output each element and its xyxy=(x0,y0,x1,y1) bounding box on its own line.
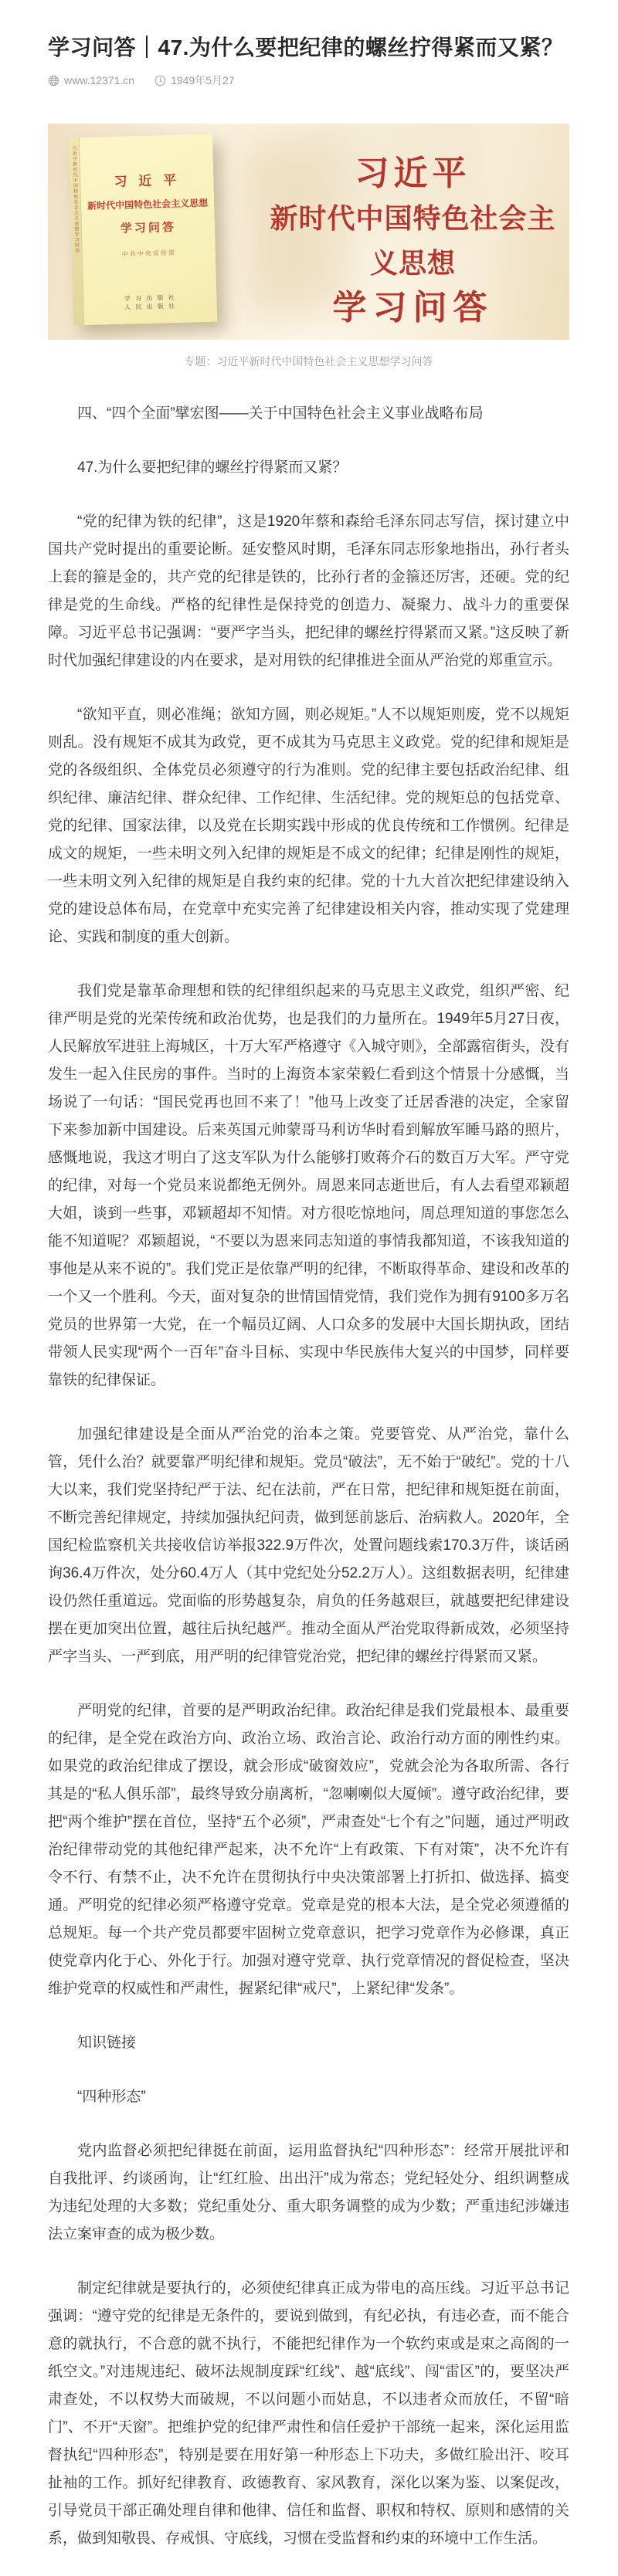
paragraph: 制定纪律就是要执行的，必须使纪律真正成为带电的高压线。习近平总书记强调：“遵守党… xyxy=(48,2275,569,2553)
globe-icon xyxy=(48,75,59,86)
knowledge-link-heading: 知识链接 xyxy=(48,2029,569,2057)
book-publishers: 学 习 出 版 社 人 民 出 版 社 xyxy=(83,293,217,313)
knowledge-link-subheading: “四种形态” xyxy=(48,2083,569,2111)
article-page: 学习问答｜47.为什么要把纪律的螺丝拧得紧而又紧？ www.12371.cn xyxy=(0,0,618,2576)
article-banner-image: 习近平新时代中国特色社会主义思想学习问答 习 近 平 新时代中国特色社会主义思想… xyxy=(48,124,569,340)
book-spine-text: 习近平新时代中国特色社会主义思想学习问答 xyxy=(70,145,80,253)
banner-headline-line3: 学习问答 xyxy=(263,286,563,330)
banner-headline-line2: 新时代中国特色社会主义思想 xyxy=(263,196,563,286)
book-title-line1: 习 近 平 xyxy=(80,168,214,191)
book-cover: 习近平新时代中国特色社会主义思想学习问答 习 近 平 新时代中国特色社会主义思想… xyxy=(69,134,217,326)
paragraph: “欲知平直，则必准绳；欲知方圆，则必规矩。”人不以规矩则废，党不以规矩则乱。没有… xyxy=(48,701,569,951)
page-title: 学习问答｜47.为什么要把纪律的螺丝拧得紧而又紧？ xyxy=(48,0,569,63)
paragraph: 严明党的纪律，首要的是严明政治纪律。政治纪律是我们党最根本、最重要的纪律，是全党… xyxy=(48,1697,569,2003)
book-title-line3: 学习问答 xyxy=(82,218,215,237)
meta-row: www.12371.cn 1949年5月27 xyxy=(48,73,569,88)
banner-headline: 习近平 新时代中国特色社会主义思想 学习问答 xyxy=(263,151,563,330)
paragraph: 党内监督必须把纪律挺在前面，运用监督执纪“四种形态”：经常开展批评和自我批评、约… xyxy=(48,2137,569,2249)
publish-date: 1949年5月27 xyxy=(154,73,235,88)
source-link[interactable]: www.12371.cn xyxy=(48,74,134,86)
question-heading: 47.为什么要把纪律的螺丝拧得紧而又紧？ xyxy=(48,454,569,482)
source-text: www.12371.cn xyxy=(64,74,134,86)
book-title-line2: 新时代中国特色社会主义思想 xyxy=(81,196,214,212)
paragraph: 加强纪律建设是全面从严治党的治本之策。党要管党、从严治党，靠什么管，凭什么治？就… xyxy=(48,1421,569,1671)
book-editor: 中共中央宣传部 xyxy=(83,248,216,259)
image-caption: 专题：习近平新时代中国特色社会主义思想学习问答 xyxy=(48,354,569,369)
date-text: 1949年5月27 xyxy=(171,73,235,88)
article-body: 四、“四个全面”擘宏图——关于中国特色社会主义事业战略布局 47.为什么要把纪律… xyxy=(48,400,569,2553)
clock-icon xyxy=(154,75,166,86)
book-cover-front: 习 近 平 新时代中国特色社会主义思想 学习问答 中共中央宣传部 学 习 出 版… xyxy=(80,134,217,325)
section-heading: 四、“四个全面”擘宏图——关于中国特色社会主义事业战略布局 xyxy=(48,400,569,428)
paragraph: “党的纪律为铁的纪律”，这是1920年蔡和森给毛泽东同志写信，探讨建立中国共产党… xyxy=(48,508,569,675)
paragraph: 我们党是靠革命理想和铁的纪律组织起来的马克思主义政党，组织严密、纪律严明是党的光… xyxy=(48,978,569,1395)
banner-headline-line1: 习近平 xyxy=(263,151,563,196)
